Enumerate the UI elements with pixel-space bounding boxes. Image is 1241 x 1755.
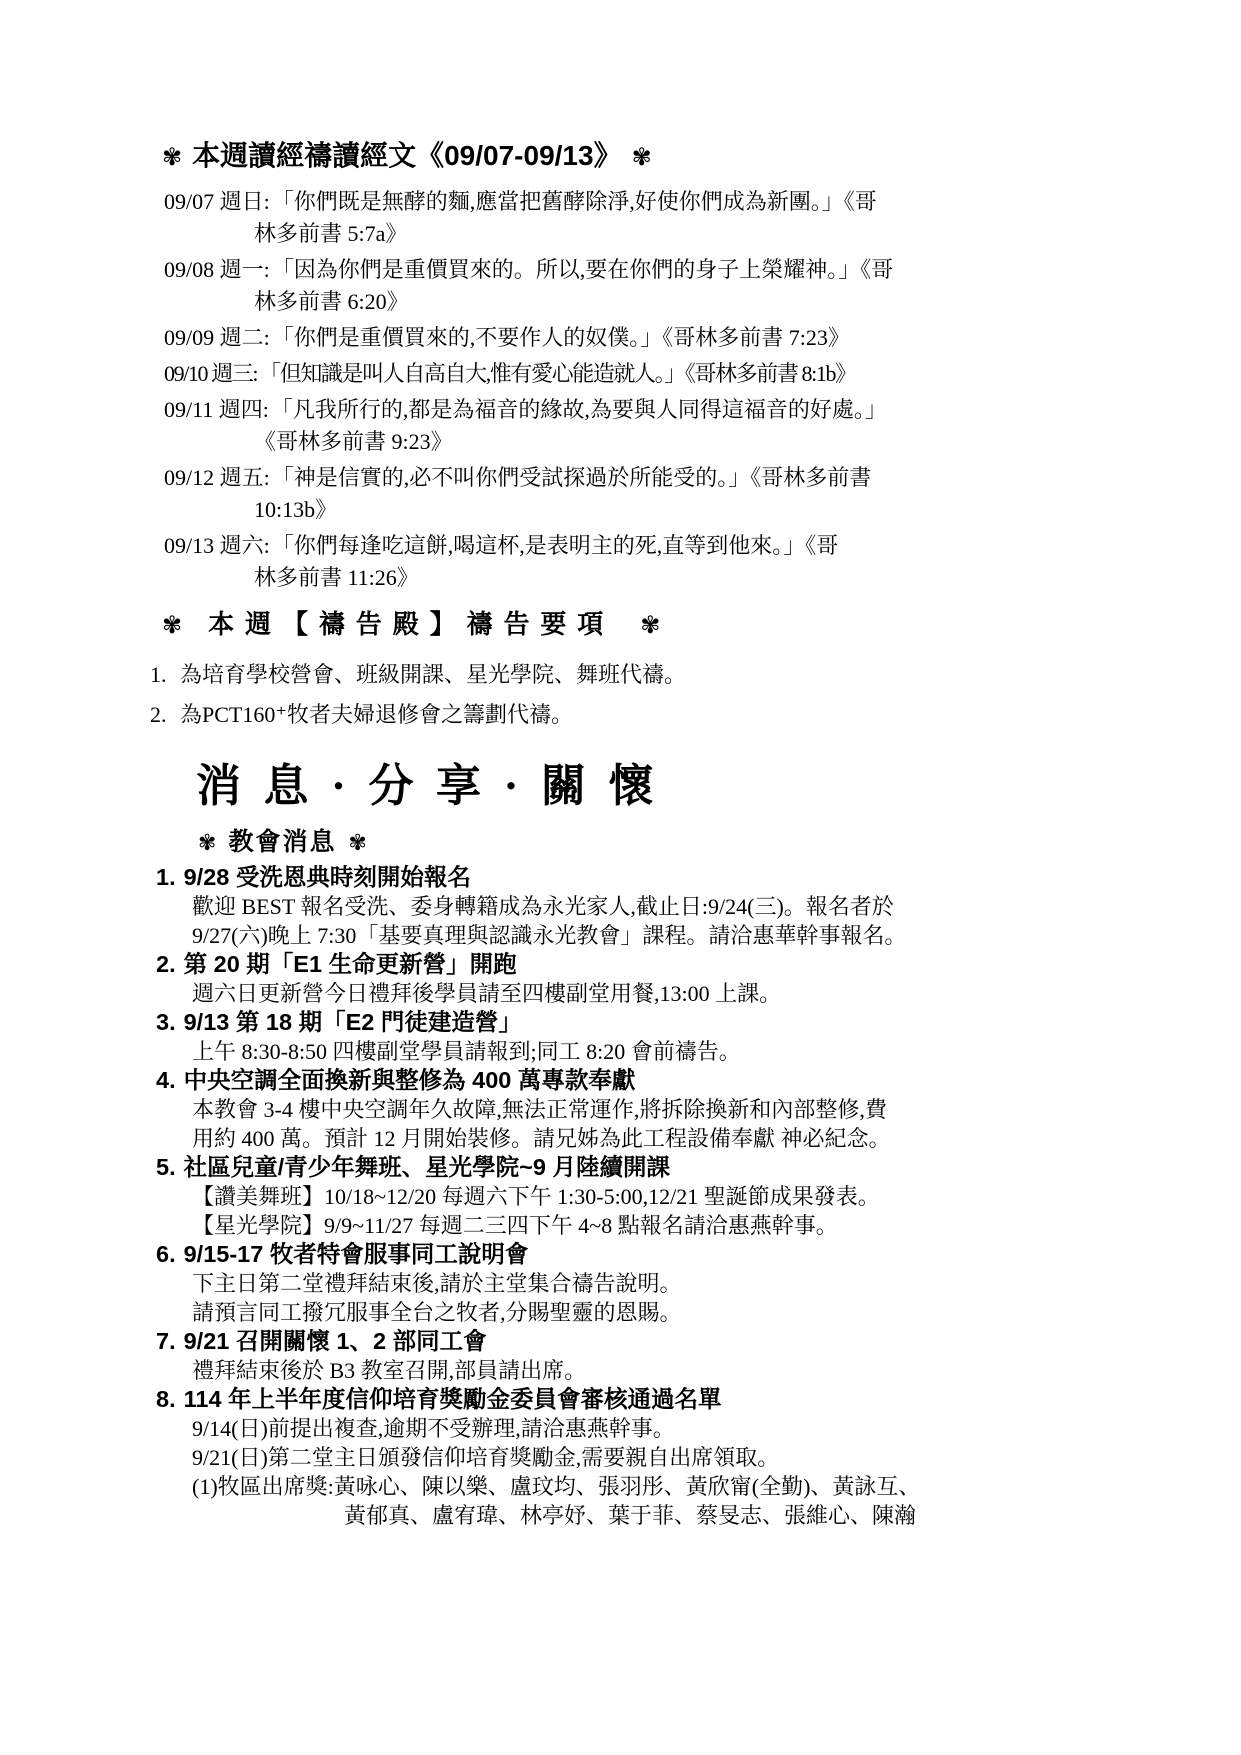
news-item-body-line: 禮拜結束後於 B3 教室召開,部員請出席。 bbox=[192, 1356, 1133, 1385]
news-item-heading: 9/21 召開關懷 1、2 部同工會 bbox=[184, 1328, 487, 1354]
prayer-items: 1.為培育學校營會、班級開課、星光學院、舞班代禱。 2.為PCT160⁺牧者夫婦… bbox=[148, 655, 1133, 735]
church-news-header: ✾教會消息✾ bbox=[198, 822, 1133, 858]
bulletin-content: ✾本週讀經禱讀經文《09/07-09/13》✾ 09/07 週日:「你們既是無酵… bbox=[148, 134, 1133, 1530]
entry-text: 「神是信實的,必不叫你們受試探過於所能受的。」《哥林多前書 bbox=[272, 465, 872, 490]
news-item-body-line: 【星光學院】9/9~11/27 每週二三四下午 4~8 點報名請洽惠燕幹事。 bbox=[192, 1211, 1133, 1240]
news-item-heading: 中央空調全面換新與整修為 400 萬專款奉獻 bbox=[184, 1067, 636, 1093]
scripture-entry: 09/08 週一:「因為你們是重價買來的。所以,要在你們的身子上榮耀神。」《哥 … bbox=[164, 254, 1133, 318]
entry-date-label: 09/12 週五: bbox=[164, 465, 270, 490]
news-item: 3.9/13 第 18 期「E2 門徒建造營」 上午 8:30-8:50 四樓副… bbox=[148, 1008, 1133, 1066]
news-item-number: 7. bbox=[156, 1328, 176, 1354]
entry-text: 「凡我所行的,都是為福音的緣故,為要與人同得這福音的好處。」 bbox=[271, 397, 887, 422]
scripture-entry: 09/13 週六:「你們每逢吃這餅,喝這杯,是表明主的死,直等到他來。」《哥 林… bbox=[164, 530, 1133, 594]
news-item-heading: 9/28 受洗恩典時刻開始報名 bbox=[184, 864, 471, 890]
scripture-entry: 09/09 週二:「你們是重價買來的,不要作人的奴僕。」《哥林多前書 7:23》 bbox=[164, 322, 1133, 354]
news-item-number: 6. bbox=[156, 1241, 176, 1267]
entry-text-continued: 10:13b》 bbox=[164, 494, 1133, 526]
florette-icon: ✾ bbox=[640, 612, 660, 639]
scripture-entry: 09/10 週三:「但知識是叫人自高自大,惟有愛心能造就人。」《哥林多前書 8:… bbox=[164, 358, 1133, 390]
prayer-item: 1.為培育學校營會、班級開課、星光學院、舞班代禱。 bbox=[150, 655, 1133, 695]
entry-date-label: 09/13 週六: bbox=[164, 533, 270, 558]
entry-date-label: 09/11 週四: bbox=[164, 397, 269, 422]
news-item-body-line: 週六日更新營今日禮拜後學員請至四樓副堂用餐,13:00 上課。 bbox=[192, 979, 1133, 1008]
entry-date-label: 09/08 週一: bbox=[164, 257, 270, 282]
news-item-heading: 9/15-17 牧者特會服事同工說明會 bbox=[184, 1241, 529, 1267]
news-item-body-line: 9/21(日)第二堂主日頒發信仰培育獎勵金,需要親自出席領取。 bbox=[192, 1443, 1133, 1472]
prayer-item-number: 1. bbox=[150, 655, 180, 695]
entry-date-label: 09/09 週二: bbox=[164, 325, 270, 350]
news-item-body-line: 黃郁真、盧宥瑋、林亭妤、葉于菲、蔡旻志、張維心、陳瀚 bbox=[344, 1501, 1133, 1530]
scripture-entries: 09/07 週日:「你們既是無酵的麵,應當把舊酵除淨,好使你們成為新團。」《哥 … bbox=[148, 186, 1133, 594]
news-item-body-line: 9/14(日)前提出複查,逾期不受辦理,請洽惠燕幹事。 bbox=[192, 1414, 1133, 1443]
florette-icon: ✾ bbox=[162, 144, 182, 171]
news-item-body-line: 下主日第二堂禮拜結束後,請於主堂集合禱告說明。 bbox=[192, 1269, 1133, 1298]
news-item-number: 1. bbox=[156, 864, 176, 890]
news-item: 1.9/28 受洗恩典時刻開始報名 歡迎 BEST 報名受洗、委身轉籍成為永光家… bbox=[148, 863, 1133, 950]
news-item-body-line: 9/27(六)晚上 7:30「基要真理與認識永光教會」課程。請洽惠華幹事報名。 bbox=[192, 921, 1133, 950]
florette-icon: ✾ bbox=[632, 144, 652, 171]
prayer-section-title: ✾本週【禱告殿】禱告要項✾ bbox=[162, 604, 1133, 641]
news-item: 5.社區兒童/青少年舞班、星光學院~9 月陸續開課 【讚美舞班】10/18~12… bbox=[148, 1153, 1133, 1240]
bulletin-page: ✾本週讀經禱讀經文《09/07-09/13》✾ 09/07 週日:「你們既是無酵… bbox=[0, 0, 1241, 1755]
news-item-body-line: 【讚美舞班】10/18~12/20 每週六下午 1:30-5:00,12/21 … bbox=[192, 1182, 1133, 1211]
church-news-header-text: 教會消息 bbox=[228, 828, 336, 856]
scripture-entry: 09/11 週四:「凡我所行的,都是為福音的緣故,為要與人同得這福音的好處。」 … bbox=[164, 394, 1133, 458]
scripture-section-title: ✾本週讀經禱讀經文《09/07-09/13》✾ bbox=[162, 134, 1133, 174]
news-item-number: 3. bbox=[156, 1009, 176, 1035]
prayer-item-text: 為培育學校營會、班級開課、星光學院、舞班代禱。 bbox=[180, 662, 686, 687]
entry-text: 「因為你們是重價買來的。所以,要在你們的身子上榮耀神。」《哥 bbox=[272, 257, 894, 282]
news-item-number: 2. bbox=[156, 951, 176, 977]
entry-text-continued: 《哥林多前書 9:23》 bbox=[164, 426, 1133, 458]
news-item-body-line: 請預言同工撥冗服事全台之牧者,分賜聖靈的恩賜。 bbox=[192, 1298, 1133, 1327]
news-item-heading: 社區兒童/青少年舞班、星光學院~9 月陸續開課 bbox=[184, 1154, 670, 1180]
prayer-item-number: 2. bbox=[150, 695, 180, 735]
news-item-heading: 9/13 第 18 期「E2 門徒建造營」 bbox=[184, 1009, 522, 1035]
scripture-title-text: 本週讀經禱讀經文《09/07-09/13》 bbox=[192, 140, 621, 171]
entry-text: 「但知識是叫人自高自大,惟有愛心能造就人。」《哥林多前書 8:1b》 bbox=[259, 361, 856, 386]
page-title: 消息·分享·關懷 bbox=[196, 749, 1133, 814]
entry-date-label: 09/10 週三: bbox=[164, 361, 257, 386]
news-item-number: 5. bbox=[156, 1154, 176, 1180]
news-item-body-line: 上午 8:30-8:50 四樓副堂學員請報到;同工 8:20 會前禱告。 bbox=[192, 1037, 1133, 1066]
prayer-title-text: 本週【禱告殿】禱告要項 bbox=[208, 609, 614, 639]
entry-text: 「你們是重價買來的,不要作人的奴僕。」《哥林多前書 7:23》 bbox=[272, 325, 850, 350]
prayer-item: 2.為PCT160⁺牧者夫婦退修會之籌劃代禱。 bbox=[150, 695, 1133, 735]
scripture-entry: 09/12 週五:「神是信實的,必不叫你們受試探過於所能受的。」《哥林多前書 1… bbox=[164, 462, 1133, 526]
news-item-body-line: 用約 400 萬。預計 12 月開始裝修。請兄姊為此工程設備奉獻 神必紀念。 bbox=[192, 1124, 1133, 1153]
entry-text: 「你們既是無酵的麵,應當把舊酵除淨,好使你們成為新團。」《哥 bbox=[272, 189, 877, 214]
news-item-body-line: 本教會 3-4 樓中央空調年久故障,無法正常運作,將拆除換新和內部整修,費 bbox=[192, 1095, 1133, 1124]
florette-icon: ✾ bbox=[162, 612, 182, 639]
news-items: 1.9/28 受洗恩典時刻開始報名 歡迎 BEST 報名受洗、委身轉籍成為永光家… bbox=[148, 863, 1133, 1530]
prayer-item-text: 為PCT160⁺牧者夫婦退修會之籌劃代禱。 bbox=[180, 702, 573, 727]
news-item-heading: 114 年上半年度信仰培育獎勵金委員會審核通過名單 bbox=[184, 1386, 722, 1412]
news-item-body-line: 歡迎 BEST 報名受洗、委身轉籍成為永光家人,截止日:9/24(三)。報名者於 bbox=[192, 892, 1133, 921]
news-item-body-line: (1)牧區出席獎:黃咏心、陳以樂、盧玟均、張羽彤、黃欣甯(全勤)、黃詠互、 bbox=[192, 1472, 1133, 1501]
news-item: 7.9/21 召開關懷 1、2 部同工會 禮拜結束後於 B3 教室召開,部員請出… bbox=[148, 1327, 1133, 1385]
florette-icon: ✾ bbox=[348, 830, 366, 855]
entry-date-label: 09/07 週日: bbox=[164, 189, 270, 214]
entry-text-continued: 林多前書 6:20》 bbox=[164, 286, 1133, 318]
news-item-heading: 第 20 期「E1 生命更新營」開跑 bbox=[184, 951, 517, 977]
entry-text-continued: 林多前書 11:26》 bbox=[164, 562, 1133, 594]
entry-text: 「你們每逢吃這餅,喝這杯,是表明主的死,直等到他來。」《哥 bbox=[272, 533, 839, 558]
florette-icon: ✾ bbox=[198, 830, 216, 855]
news-item-number: 4. bbox=[156, 1067, 176, 1093]
news-item: 2.第 20 期「E1 生命更新營」開跑 週六日更新營今日禮拜後學員請至四樓副堂… bbox=[148, 950, 1133, 1008]
entry-text-continued: 林多前書 5:7a》 bbox=[164, 218, 1133, 250]
news-item: 8.114 年上半年度信仰培育獎勵金委員會審核通過名單 9/14(日)前提出複查… bbox=[148, 1385, 1133, 1530]
scripture-entry: 09/07 週日:「你們既是無酵的麵,應當把舊酵除淨,好使你們成為新團。」《哥 … bbox=[164, 186, 1133, 250]
news-item-number: 8. bbox=[156, 1386, 176, 1412]
news-item: 6.9/15-17 牧者特會服事同工說明會 下主日第二堂禮拜結束後,請於主堂集合… bbox=[148, 1240, 1133, 1327]
news-item: 4.中央空調全面換新與整修為 400 萬專款奉獻 本教會 3-4 樓中央空調年久… bbox=[148, 1066, 1133, 1153]
